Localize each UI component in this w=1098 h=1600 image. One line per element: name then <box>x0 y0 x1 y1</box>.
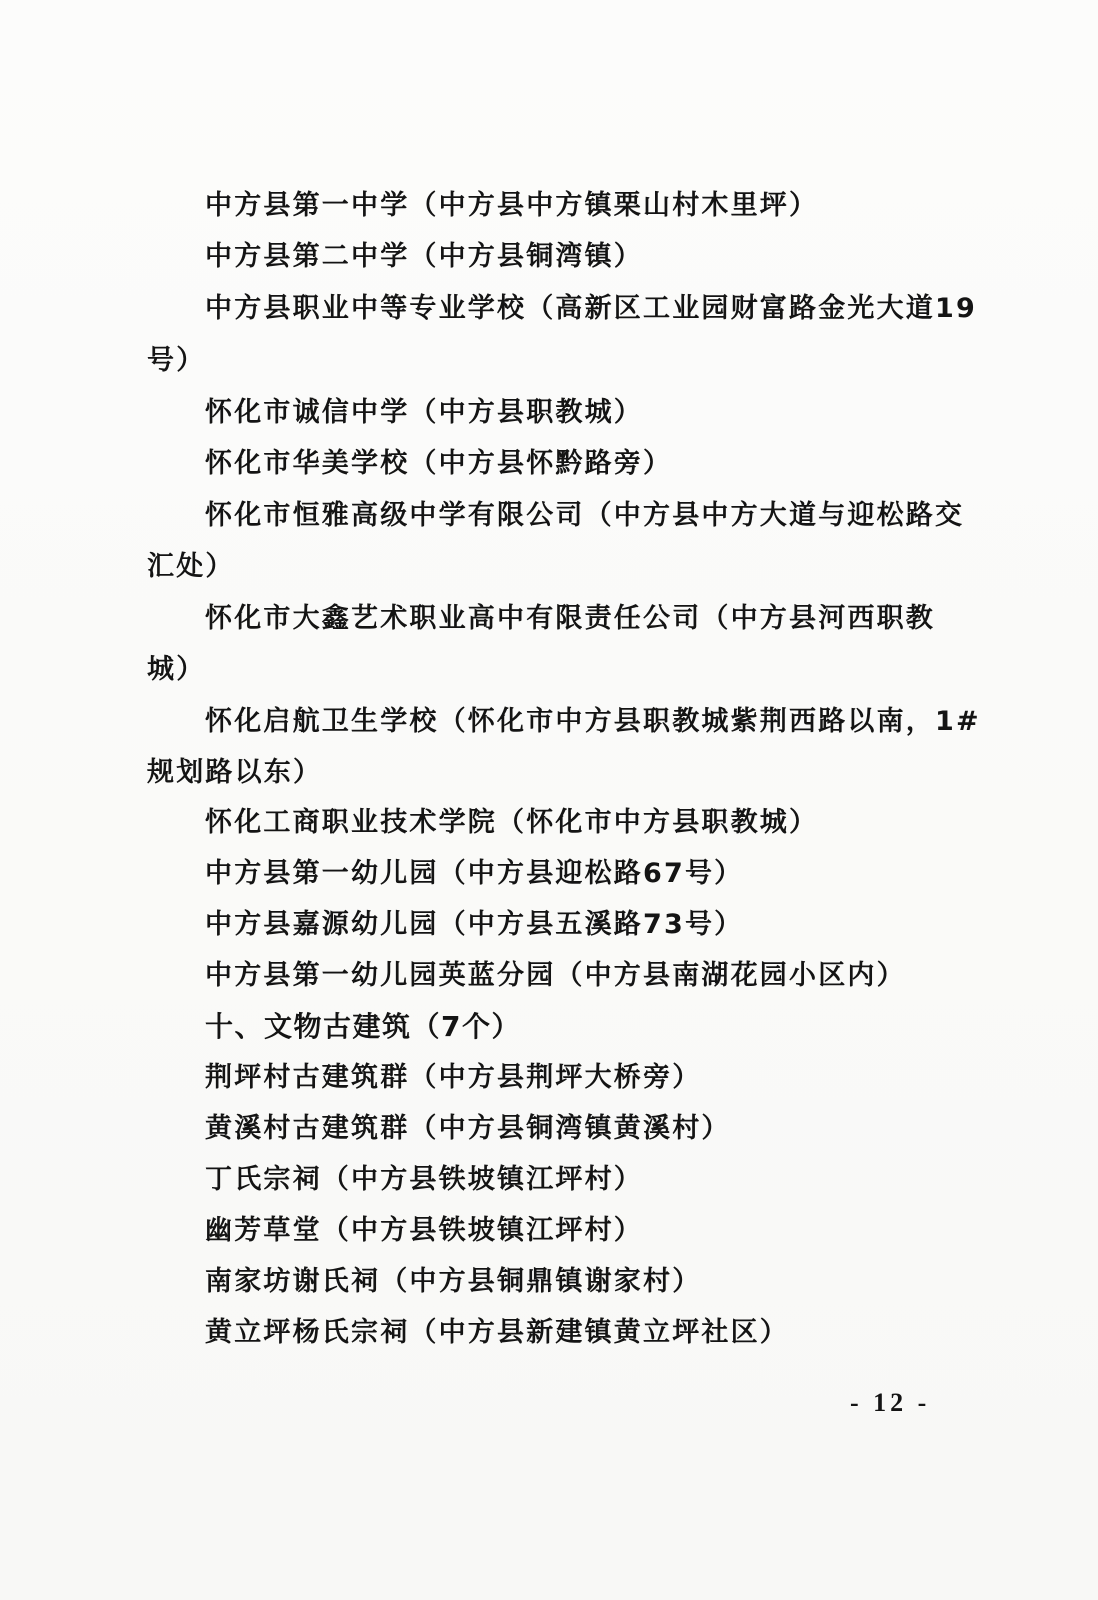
list-item: 南家坊谢氏祠（中方县铜鼎镇谢家村） <box>205 1265 701 1299</box>
list-item: 黄溪村古建筑群（中方县铜湾镇黄溪村） <box>205 1112 731 1146</box>
list-item: 中方县第一幼儿园英蓝分园（中方县南湖花园小区内） <box>205 959 906 993</box>
list-item: 丁氏宗祠（中方县铁坡镇江坪村） <box>205 1163 643 1197</box>
list-item: 中方县职业中等专业学校（高新区工业园财富路金光大道19 <box>205 292 977 326</box>
list-item-continuation: 规划路以东） <box>147 756 322 790</box>
list-item: 怀化市诚信中学（中方县职教城） <box>205 396 643 430</box>
list-item-continuation: 汇处） <box>147 550 235 584</box>
list-item: 幽芳草堂（中方县铁坡镇江坪村） <box>205 1214 643 1248</box>
section-heading: 十、文物古建筑（7个） <box>205 1010 521 1044</box>
list-item: 中方县嘉源幼儿园（中方县五溪路73号） <box>205 908 743 942</box>
list-item: 怀化市大鑫艺术职业高中有限责任公司（中方县河西职教 <box>205 602 935 636</box>
list-item: 中方县第一中学（中方县中方镇栗山村木里坪） <box>205 189 818 223</box>
list-item-continuation: 城） <box>147 653 205 687</box>
document-page: 中方县第一中学（中方县中方镇栗山村木里坪） 中方县第二中学（中方县铜湾镇） 中方… <box>0 0 1098 1600</box>
list-item: 荆坪村古建筑群（中方县荆坪大桥旁） <box>205 1061 701 1095</box>
list-item-continuation: 号） <box>147 344 205 378</box>
list-item: 黄立坪杨氏宗祠（中方县新建镇黄立坪社区） <box>205 1316 789 1350</box>
list-item: 怀化市恒雅高级中学有限公司（中方县中方大道与迎松路交 <box>205 499 964 533</box>
list-item: 中方县第一幼儿园（中方县迎松路67号） <box>205 857 743 891</box>
list-item: 怀化启航卫生学校（怀化市中方县职教城紫荆西路以南，1# <box>205 705 981 739</box>
list-item: 怀化市华美学校（中方县怀黔路旁） <box>205 447 672 481</box>
list-item: 怀化工商职业技术学院（怀化市中方县职教城） <box>205 806 818 840</box>
list-item: 中方县第二中学（中方县铜湾镇） <box>205 240 643 274</box>
page-number: - 12 - <box>850 1388 930 1418</box>
